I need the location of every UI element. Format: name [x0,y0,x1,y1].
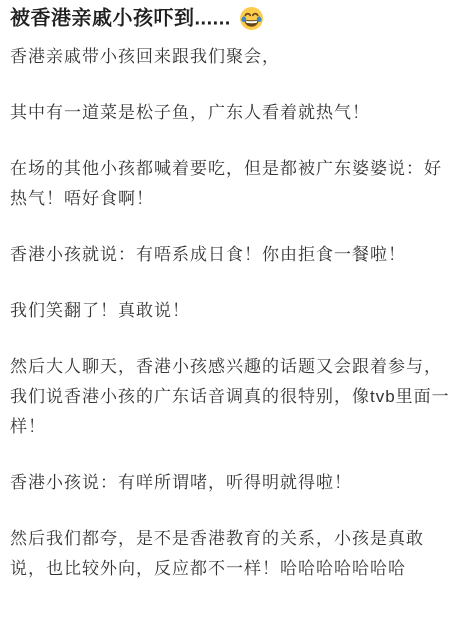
face-with-tears-of-joy-emoji-icon [239,6,264,31]
post-paragraph: 香港亲戚带小孩回来跟我们聚会， [10,42,450,72]
post-paragraph: 我们笑翻了！真敢说！ [10,296,450,326]
post-paragraph: 其中有一道菜是松子鱼，广东人看着就热气！ [10,98,450,128]
post-title-text: 被香港亲戚小孩吓到...... [10,8,231,30]
post-paragraph: 在场的其他小孩都喊着要吃，但是都被广东婆婆说：好热气！唔好食啊！ [10,154,450,214]
post-paragraph: 香港小孩就说：有唔系成日食！你由拒食一餐啦！ [10,240,450,270]
post-paragraph: 香港小孩说：有咩所谓啫，听得明就得啦！ [10,468,450,498]
post-paragraph: 然后大人聊天，香港小孩感兴趣的话题又会跟着参与，我们说香港小孩的广东话音调真的很… [10,352,450,442]
post-title: 被香港亲戚小孩吓到...... [10,2,450,35]
post-paragraph: 然后我们都夸，是不是香港教育的关系，小孩是真敢说，也比较外向，反应都不一样！哈哈… [10,524,450,584]
post-body: 被香港亲戚小孩吓到...... 香港亲戚带小孩回来跟我们聚会， 其中有一道菜是松… [0,0,462,621]
